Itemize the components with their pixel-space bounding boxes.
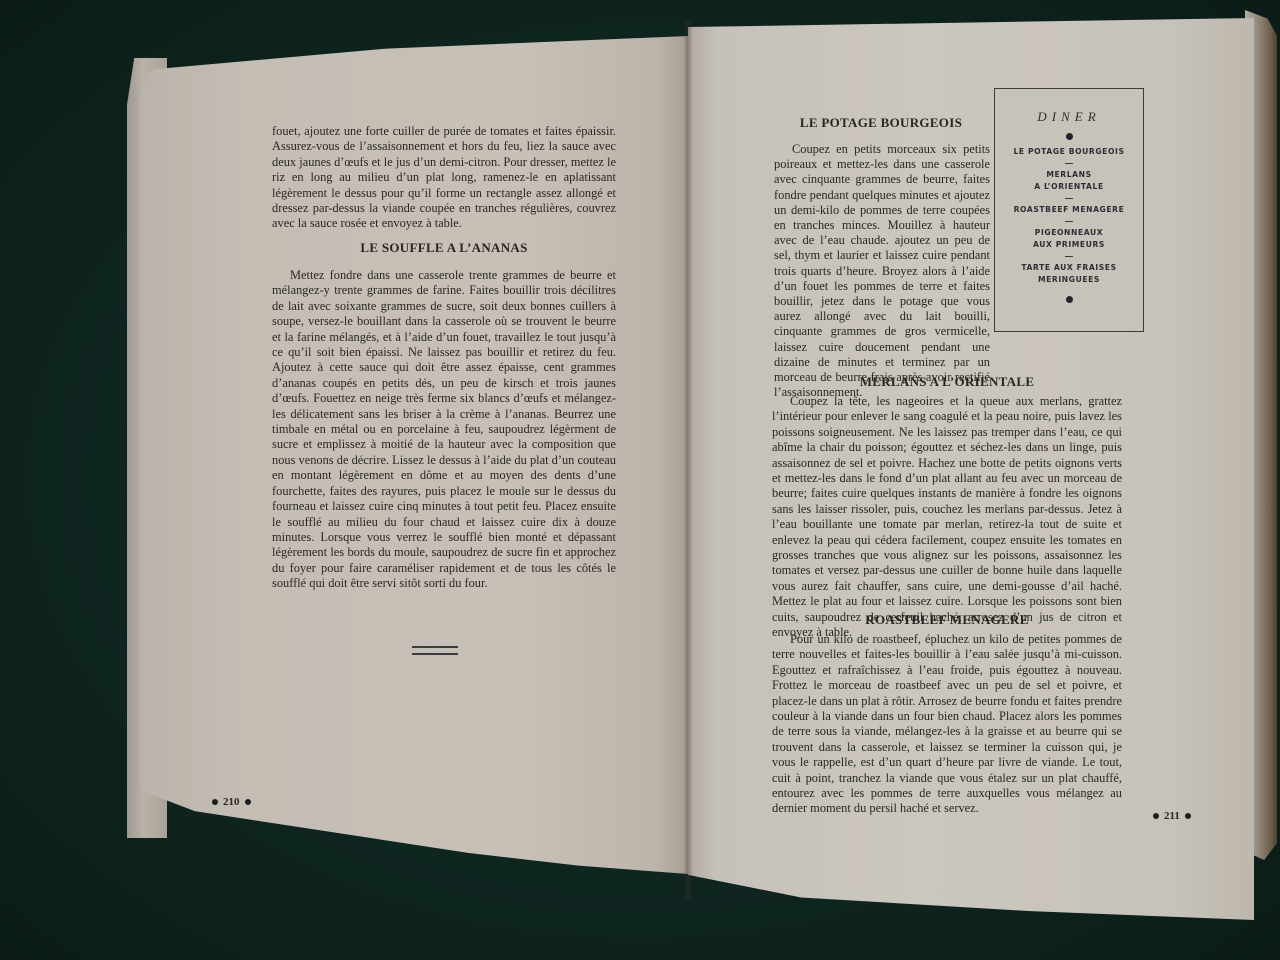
recipe-body-souffle: Mettez fondre dans une casserole trente … [272,268,616,592]
recipe-body-potage: Coupez en petits morceaux six petits poi… [774,142,990,400]
page-number-text: 210 [223,796,240,808]
menu-separator [1065,221,1073,222]
menu-separator [1065,198,1073,199]
recipe-title-merlans: MERLANS A L’ORIENTALE [772,374,1122,390]
menu-item: TARTE AUX FRAISES MERINGUEES [995,262,1143,286]
recipe-body-merlans: Coupez la tête, les nageoires et la queu… [772,394,1122,641]
menu-item-line: ROASTBEEF MENAGERE [995,204,1143,216]
recipe-paragraph: Coupez la tête, les nageoires et la queu… [772,394,1122,641]
menu-item-line: AUX PRIMEURS [995,239,1143,251]
menu-item: PIGEONNEAUX AUX PRIMEURS [995,227,1143,251]
recipe-title-potage: LE POTAGE BOURGEOIS [766,115,996,131]
continuation-paragraph: fouet, ajoutez une forte cuiller de puré… [272,124,616,232]
page-number-left: 210 [212,796,251,808]
page-number-text: 211 [1164,810,1180,822]
menu-box-diner: DINER LE POTAGE BOURGEOIS MERLANS A L’OR… [994,88,1144,332]
recipe-paragraph: Coupez en petits morceaux six petits poi… [774,142,990,400]
open-book: fouet, ajoutez une forte cuiller de puré… [0,0,1280,960]
recipe-body-roastbeef: Pour un kilo de roastbeef, épluchez un k… [772,632,1122,817]
menu-separator [1065,256,1073,257]
menu-separator [1065,163,1073,164]
menu-item: MERLANS A L’ORIENTALE [995,169,1143,193]
bullet-icon [245,799,251,805]
left-continuation-text: fouet, ajoutez une forte cuiller de puré… [272,124,616,232]
page-number-right: 211 [1153,810,1191,822]
recipe-paragraph: Mettez fondre dans une casserole trente … [272,268,616,592]
menu-item-line: PIGEONNEAUX [995,227,1143,239]
menu-item-line: A L’ORIENTALE [995,181,1143,193]
menu-title: DINER [995,109,1143,125]
bullet-icon [212,799,218,805]
book-gutter [683,20,693,900]
menu-item-line: MERINGUEES [995,274,1143,286]
double-rule-ornament [412,646,458,658]
menu-item-line: TARTE AUX FRAISES [995,262,1143,274]
bullet-icon [1066,133,1073,140]
menu-item: ROASTBEEF MENAGERE [995,204,1143,216]
recipe-paragraph: Pour un kilo de roastbeef, épluchez un k… [772,632,1122,817]
bullet-icon [1185,813,1191,819]
menu-item-line: LE POTAGE BOURGEOIS [995,146,1143,158]
bullet-icon [1153,813,1159,819]
menu-item-line: MERLANS [995,169,1143,181]
menu-item: LE POTAGE BOURGEOIS [995,146,1143,158]
bullet-icon [1066,296,1073,303]
recipe-title-roastbeef: ROASTBEEF MENAGERE [772,612,1122,628]
recipe-title-souffle: LE SOUFFLE A L’ANANAS [272,240,616,256]
